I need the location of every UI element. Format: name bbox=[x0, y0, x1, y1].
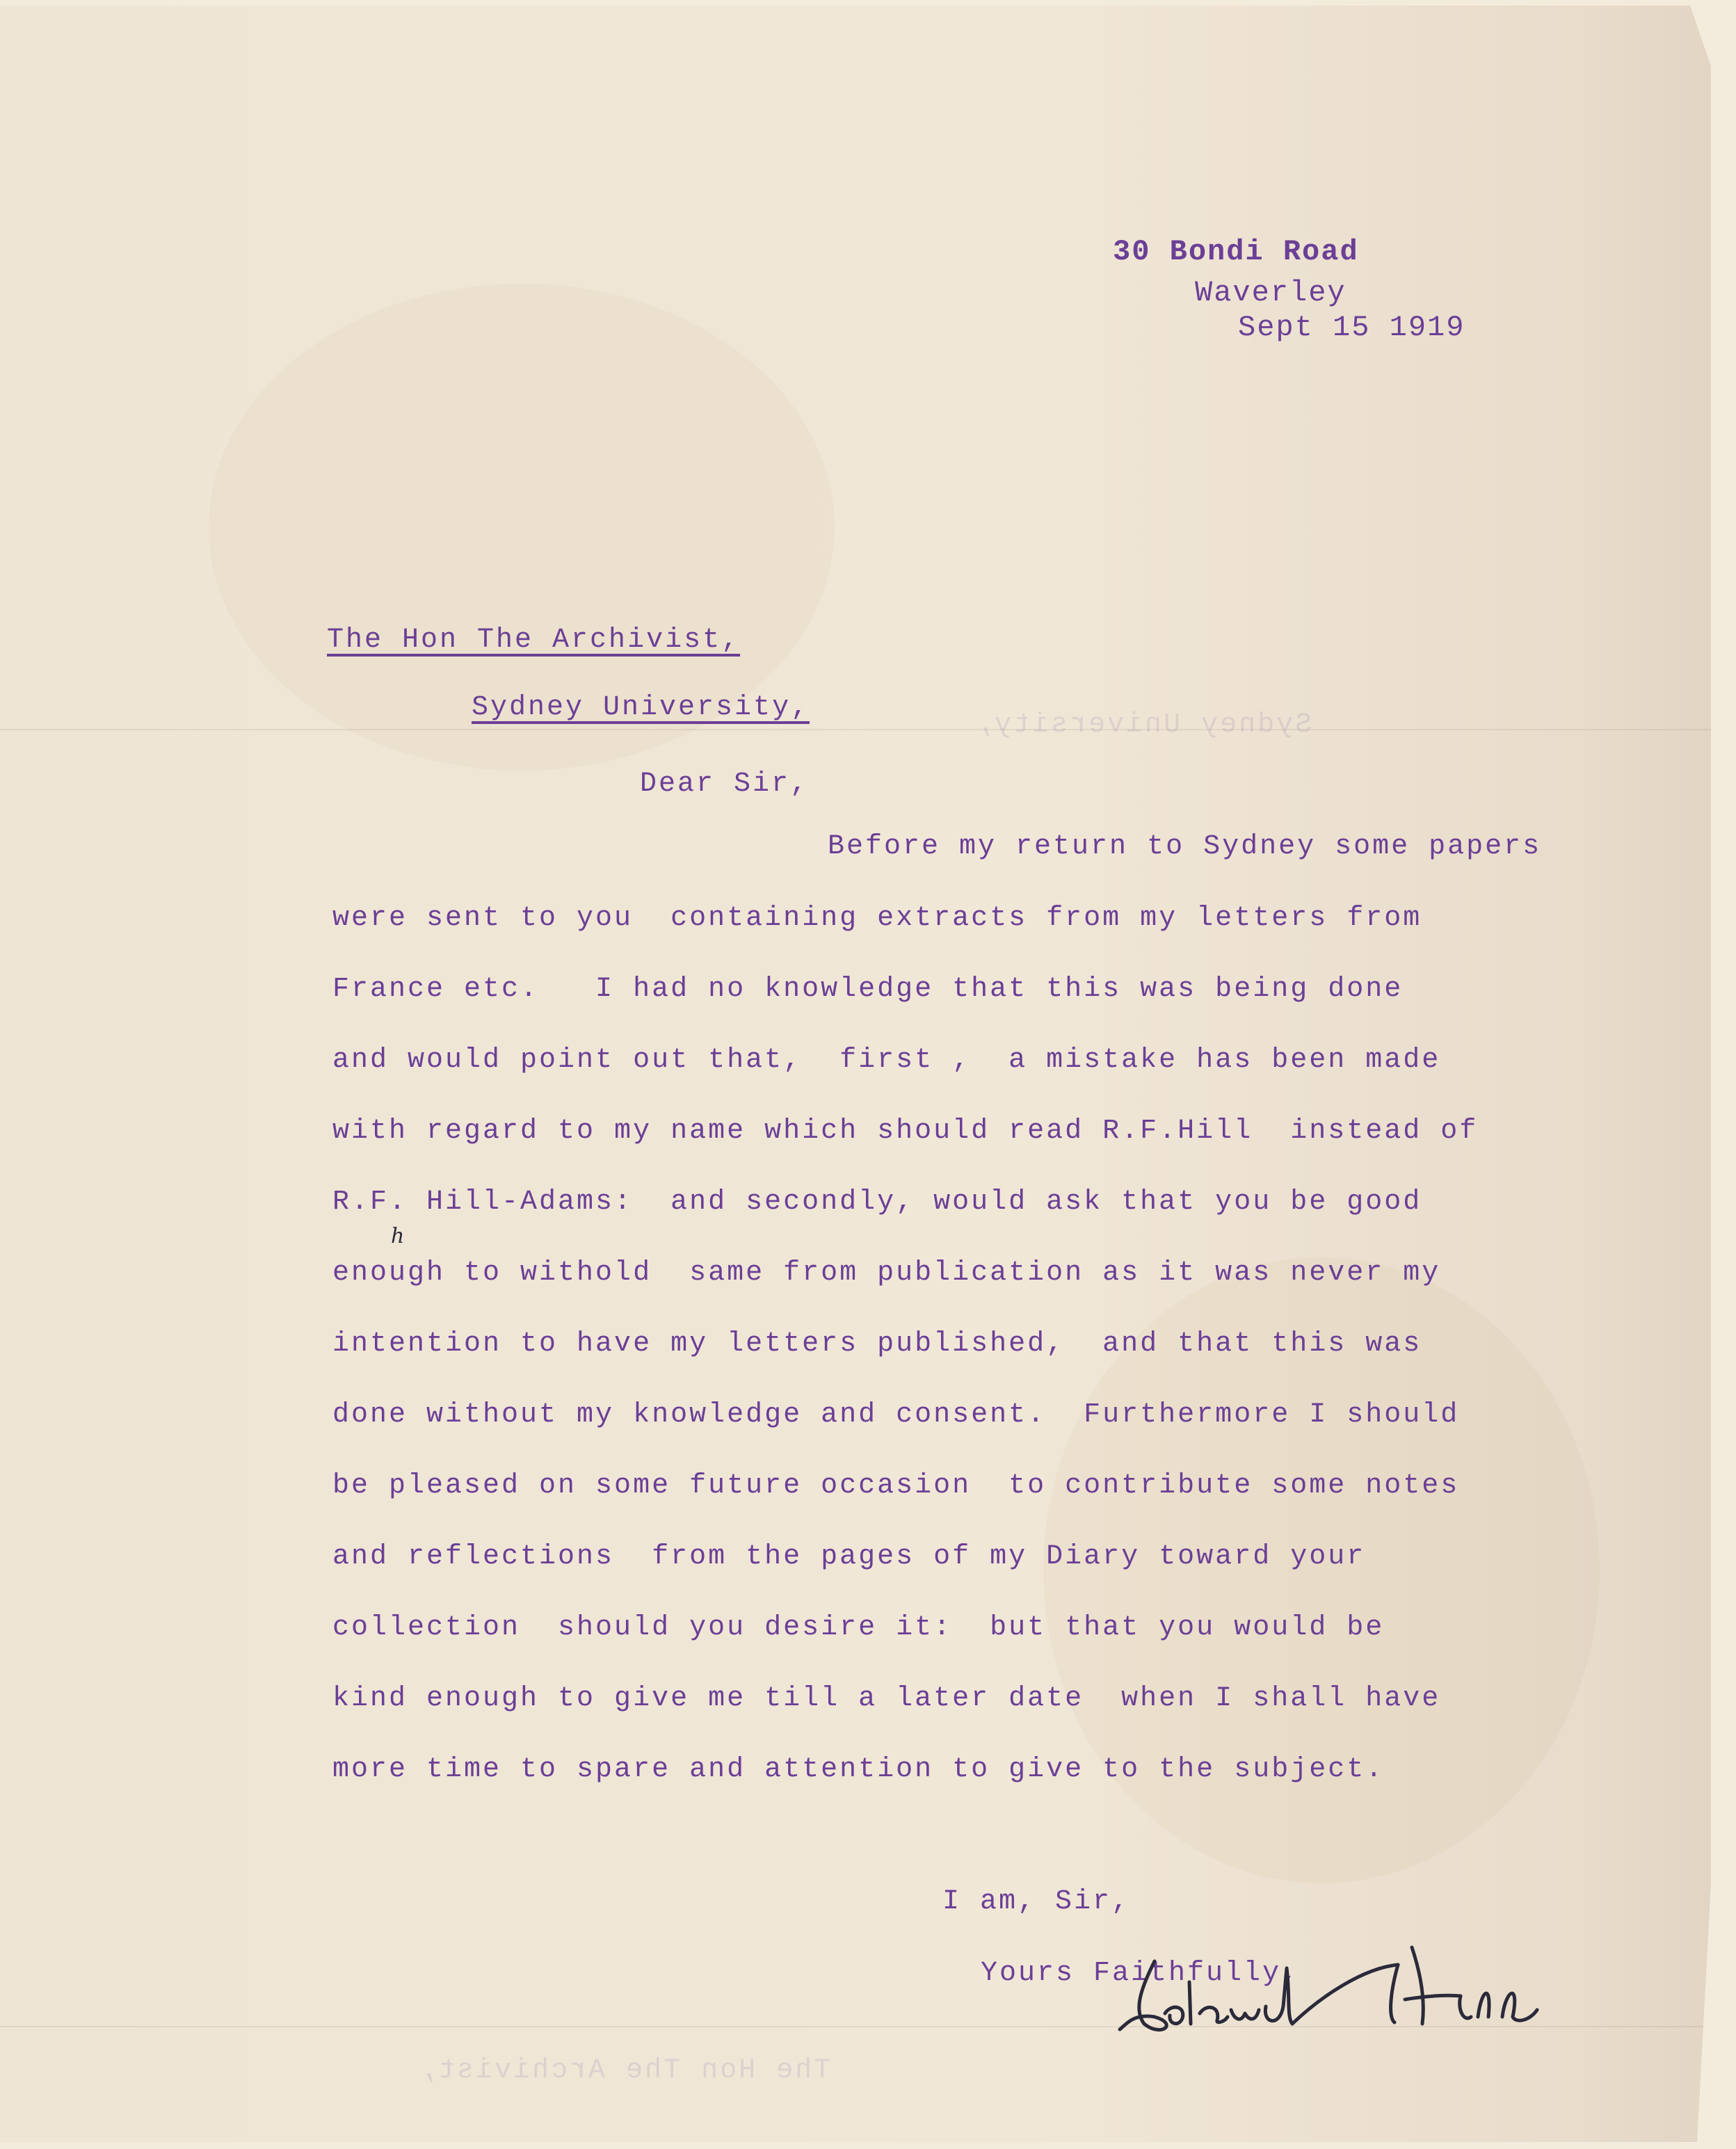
body-line: more time to spare and attention to give… bbox=[332, 1754, 1384, 1785]
address-line-1: 30 Bondi Road bbox=[1113, 233, 1359, 271]
recipient-line-1: The Hon The Archivist, bbox=[327, 625, 740, 656]
signature bbox=[1113, 1940, 1586, 2048]
show-through-text: The Hon The Archivist, bbox=[417, 2055, 830, 2086]
body-line: collection should you desire it: but tha… bbox=[332, 1612, 1384, 1643]
body-line: were sent to you containing extracts fro… bbox=[332, 903, 1422, 934]
body-line: intention to have my letters published, … bbox=[332, 1328, 1422, 1360]
letter-date: Sept 15 1919 bbox=[1238, 309, 1465, 346]
body-line: be pleased on some future occasion to co… bbox=[332, 1470, 1459, 1502]
address-line-2: Waverley bbox=[1195, 274, 1347, 312]
fold-line bbox=[0, 729, 1711, 730]
body-line: Before my return to Sydney some papers bbox=[828, 831, 1541, 862]
closing-line-1: I am, Sir, bbox=[942, 1886, 1130, 1917]
body-line: kind enough to give me till a later date… bbox=[332, 1683, 1440, 1714]
body-line: and would point out that, first , a mist… bbox=[332, 1045, 1440, 1076]
signature-mark bbox=[1113, 1940, 1586, 2045]
body-line: R.F. Hill-Adams: and secondly, would ask… bbox=[332, 1186, 1422, 1218]
body-line: done without my knowledge and consent. F… bbox=[332, 1399, 1459, 1431]
handwritten-insert: h bbox=[391, 1224, 404, 1248]
recipient-line-2: Sydney University, bbox=[472, 692, 810, 723]
salutation: Dear Sir, bbox=[640, 768, 809, 800]
show-through-text: Sydney University, bbox=[974, 709, 1312, 741]
body-line: enough to withold same from publication … bbox=[332, 1257, 1440, 1289]
body-line: with regard to my name which should read… bbox=[332, 1116, 1478, 1147]
body-line: and reflections from the pages of my Dia… bbox=[332, 1541, 1365, 1572]
body-line: France etc. I had no knowledge that this… bbox=[332, 974, 1403, 1005]
